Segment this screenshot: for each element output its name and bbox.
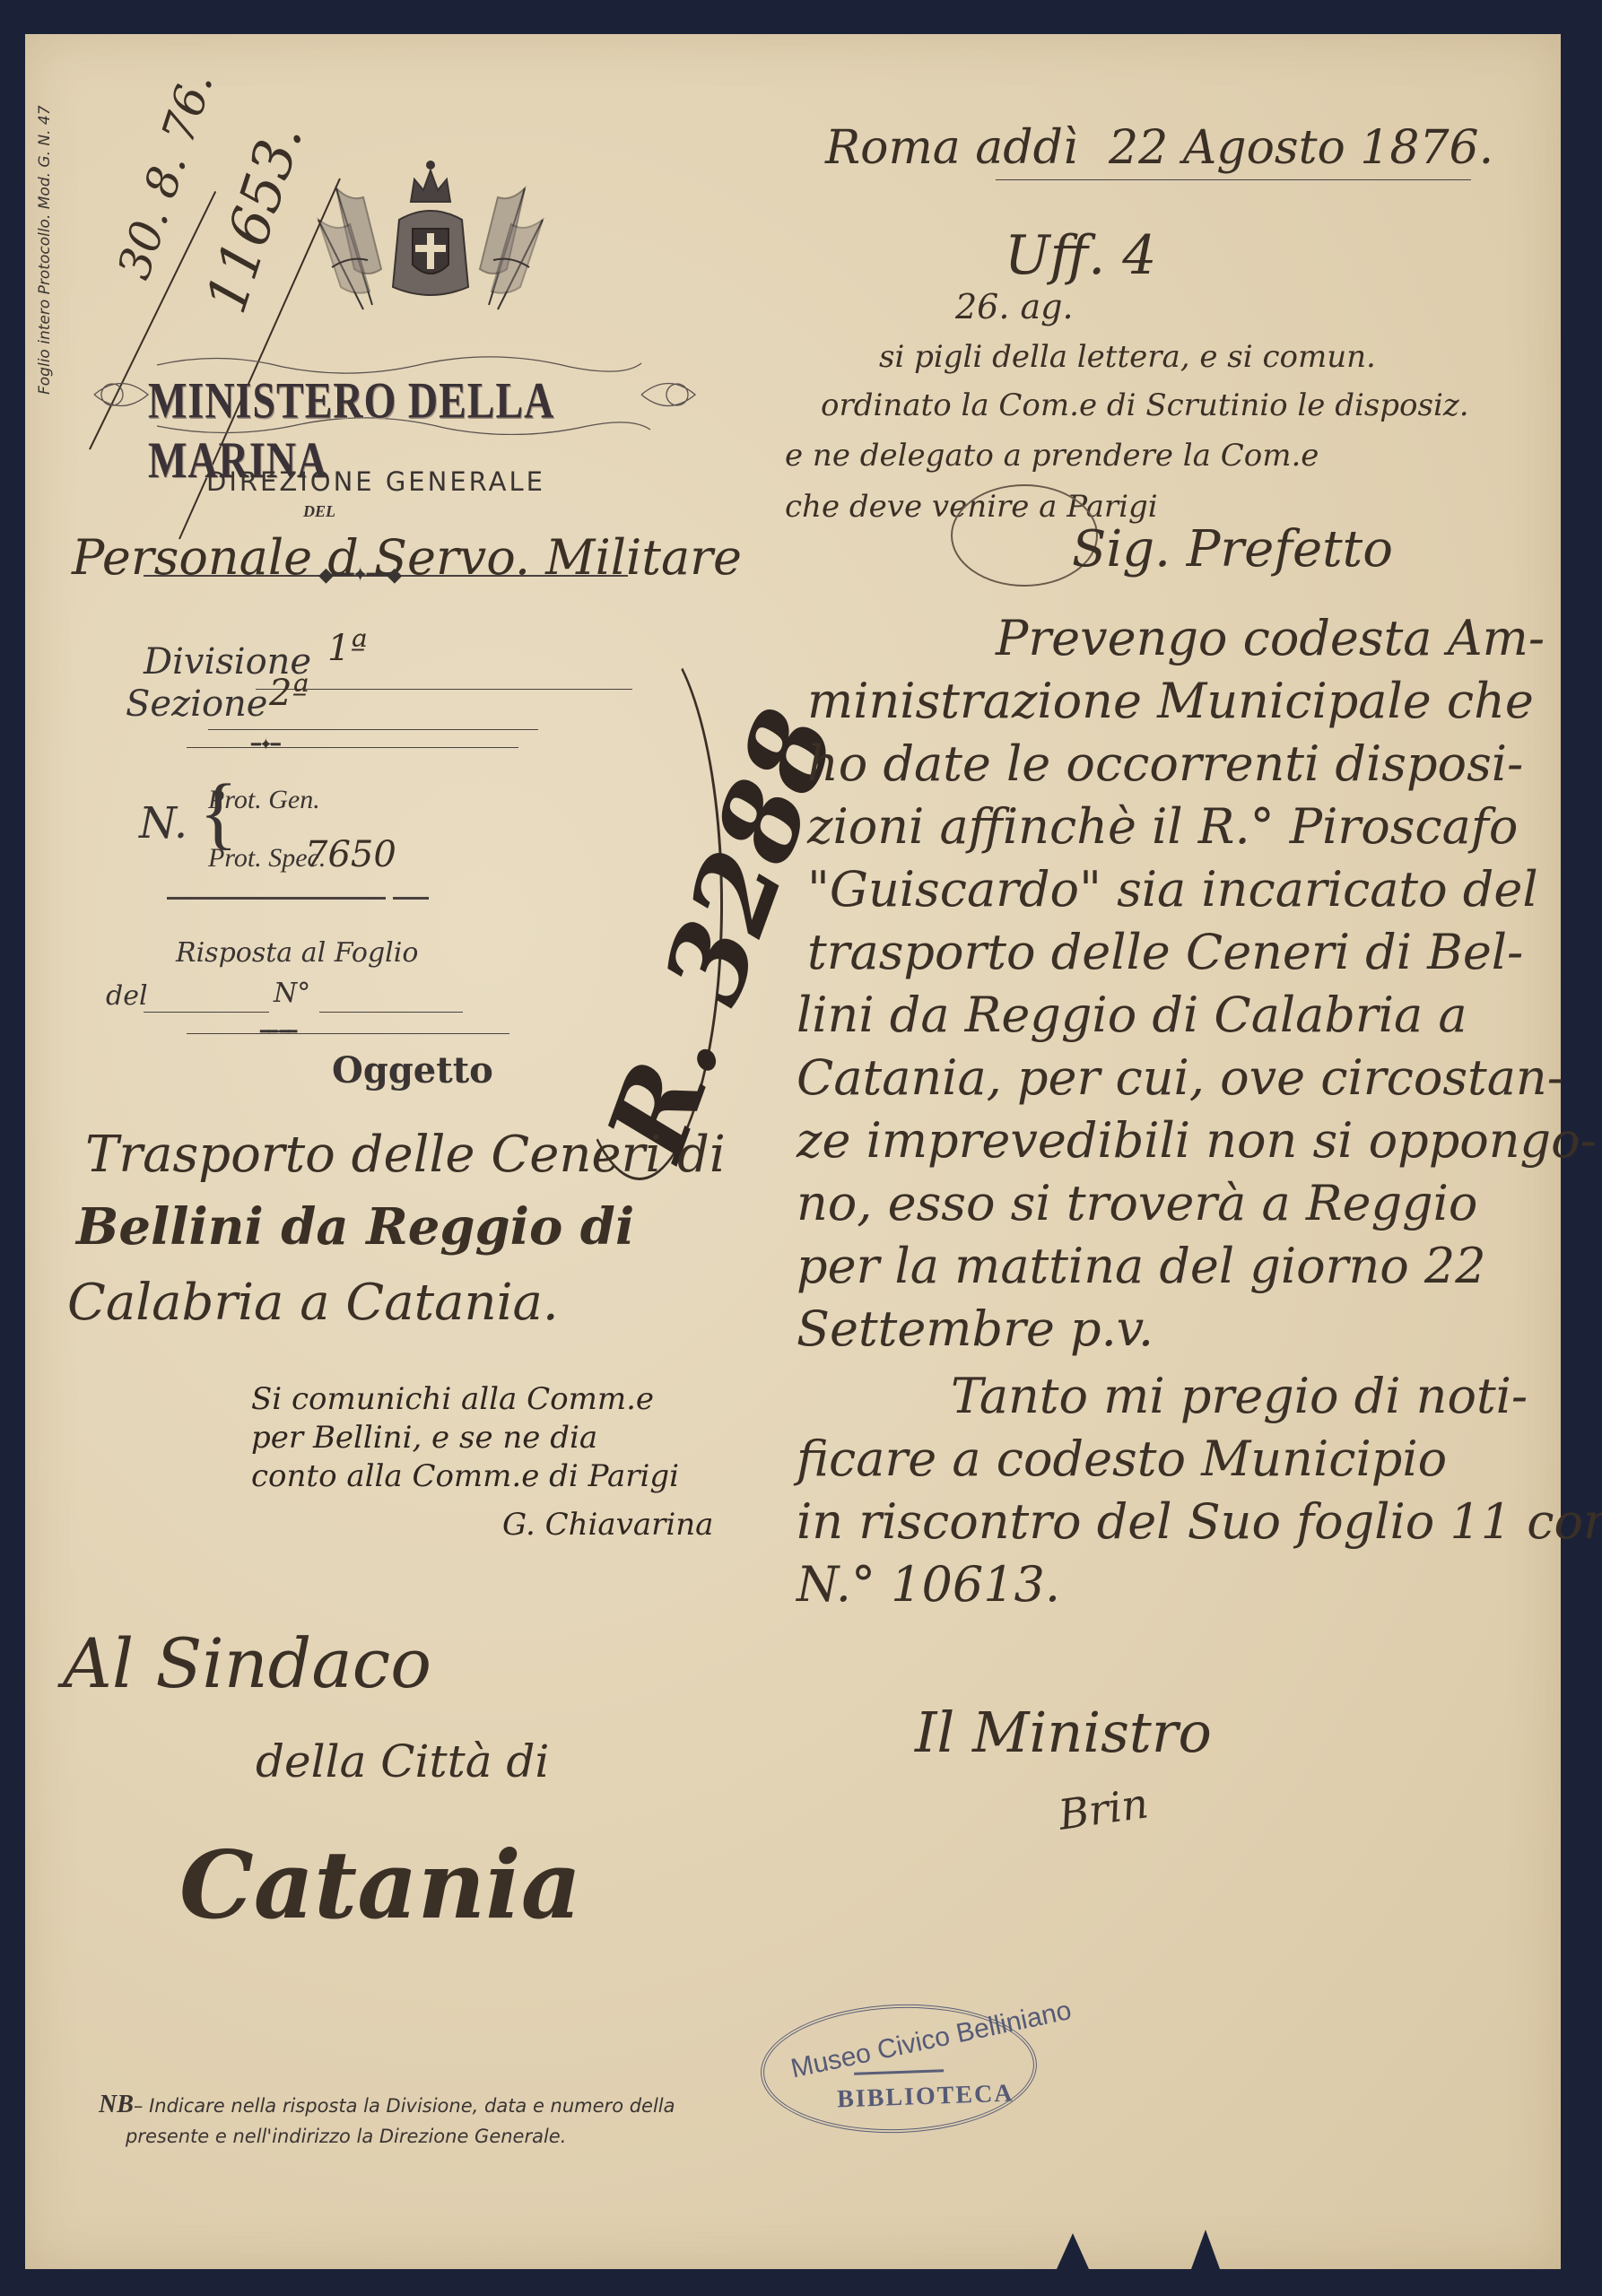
coat-of-arms-icon bbox=[314, 152, 547, 314]
stamp-label: BIBLIOTECA bbox=[837, 2080, 1014, 2115]
annotation-line-3: e ne delegato a prendere la Com.e bbox=[785, 438, 1319, 474]
divider bbox=[187, 1033, 509, 1034]
body-line-9: ze imprevedibili non si oppongo- bbox=[797, 1112, 1597, 1169]
body-line-3: ho date le occorrenti disposi- bbox=[807, 735, 1523, 792]
addressee-line-2: della Città di bbox=[256, 1735, 549, 1787]
form-model-note: Foglio intero Protocollo. Mod. G. N. 47 bbox=[36, 105, 54, 395]
margin-note-line-3: conto alla Comm.e di Parigi bbox=[251, 1458, 679, 1494]
body-line-2: ministrazione Municipale che bbox=[807, 673, 1534, 729]
paper-tear bbox=[1191, 2230, 1220, 2269]
risposta-label: Risposta al Foglio bbox=[176, 937, 418, 969]
nb-line-2: presente e nell'indirizzo la Direzione G… bbox=[99, 2126, 566, 2147]
body-line-1: Prevengo codesta Am- bbox=[996, 610, 1545, 666]
date-line: Roma addì 22 Agosto 1876. bbox=[825, 121, 1493, 175]
body-line-11: per la mattina del giorno 22 bbox=[797, 1238, 1486, 1294]
margin-note-signature: G. Chiavarina bbox=[502, 1507, 713, 1543]
numero-underline bbox=[319, 1012, 463, 1013]
stamp-bar bbox=[854, 2069, 944, 2074]
ornament-icon: ◆━━✦━━◆ bbox=[318, 563, 400, 587]
divider bbox=[187, 747, 518, 748]
margin-note-line-2: per Bellini, e se ne dia bbox=[251, 1420, 597, 1456]
divider bbox=[167, 897, 386, 900]
body-line-6: trasporto delle Ceneri di Bel- bbox=[807, 924, 1523, 980]
body-line-16: N.° 10613. bbox=[797, 1556, 1060, 1613]
numero-label: N° bbox=[274, 978, 310, 1009]
body-line-10: no, esso si troverà a Reggio bbox=[797, 1175, 1477, 1231]
margin-note-line-1: Si comunichi alla Comm.e bbox=[251, 1381, 654, 1417]
annotation-line-2: ordinato la Com.e di Scrutinio le dispos… bbox=[821, 387, 1469, 423]
date-underline bbox=[996, 179, 1471, 180]
sezione-underline bbox=[208, 729, 538, 730]
annotation-line-1: si pigli della lettera, e si comun. bbox=[879, 339, 1376, 375]
del-underline bbox=[144, 1012, 269, 1013]
subject-line-1: Trasporto delle Ceneri di bbox=[85, 1126, 726, 1184]
date-value: 22 Agosto 1876. bbox=[1109, 121, 1493, 175]
office-annotation: Uff. 4 bbox=[1005, 224, 1156, 287]
addressee-line-3: Catania bbox=[179, 1830, 581, 1940]
addressee-line-1: Al Sindaco bbox=[63, 1623, 431, 1703]
annotation-day: 26. ag. bbox=[955, 287, 1074, 326]
subject-line-2: Bellini da Reggio di bbox=[76, 1197, 634, 1257]
divisione-underline bbox=[256, 689, 632, 690]
date-place: Roma addì bbox=[825, 121, 1078, 175]
closing-title: Il Ministro bbox=[915, 1700, 1212, 1765]
body-line-4: zioni affinchè il R.° Piroscafo bbox=[807, 798, 1518, 855]
paper-tear bbox=[1057, 2233, 1089, 2269]
body-line-14: ficare a codesto Municipio bbox=[797, 1431, 1447, 1487]
footer-note: NB– Indicare nella risposta la Divisione… bbox=[99, 2090, 675, 2152]
divider bbox=[393, 897, 429, 900]
del-field-label: del bbox=[106, 980, 148, 1012]
nb-line-1: – Indicare nella risposta la Divisione, … bbox=[134, 2095, 675, 2117]
oggetto-label: Oggetto bbox=[332, 1049, 493, 1091]
body-line-8: Catania, per cui, ove circostan- bbox=[797, 1049, 1563, 1106]
body-line-5: "Guiscardo" sia incaricato del bbox=[807, 861, 1538, 918]
ornament-icon: ━━·━━ bbox=[260, 1022, 295, 1041]
body-line-7: lini da Reggio di Calabria a bbox=[797, 987, 1467, 1043]
divisione-value: 1ª bbox=[327, 628, 367, 669]
prot-gen-label: Prot. Gen. bbox=[208, 785, 320, 815]
prot-spec-value: 7650 bbox=[305, 834, 396, 875]
nb-label: NB bbox=[99, 2091, 134, 2118]
salutation: Sig. Prefetto bbox=[1072, 520, 1393, 578]
direzione-generale-heading: DIREZIONE GENERALE bbox=[206, 466, 545, 497]
body-line-12: Settembre p.v. bbox=[797, 1300, 1154, 1357]
n-label: N. bbox=[139, 798, 187, 848]
body-line-15: in riscontro del Suo foglio 11 corr.e bbox=[797, 1493, 1602, 1550]
ornament-icon: ━✦━ bbox=[251, 735, 279, 754]
sezione-value: 2ª bbox=[269, 673, 309, 714]
personale-handwritten: Personale d Servo. Militare bbox=[72, 529, 742, 586]
body-line-13: Tanto mi pregio di noti- bbox=[951, 1368, 1528, 1424]
letterhead: MINISTERO DELLA MARINA bbox=[85, 354, 704, 435]
sezione-label: Sezione bbox=[126, 683, 267, 725]
subject-line-3: Calabria a Catania. bbox=[67, 1274, 559, 1332]
del-label: DEL bbox=[303, 502, 335, 521]
